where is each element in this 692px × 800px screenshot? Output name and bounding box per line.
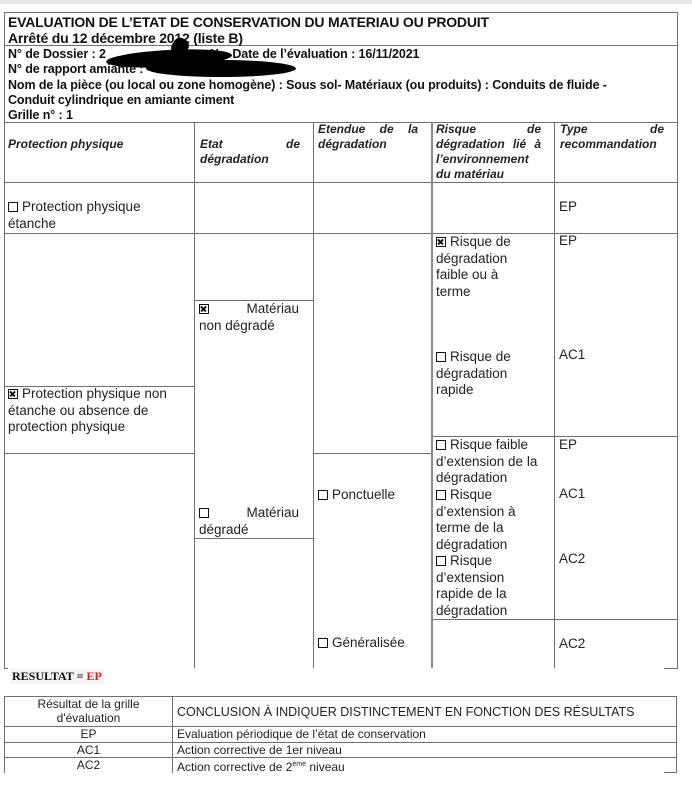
recommandation-value: AC2 <box>559 636 585 653</box>
option-extension-terme[interactable]: Risque d’extension à terme de la dégrada… <box>436 487 532 553</box>
document-subtitle: Arrêté du 12 décembre 2012 (liste B) <box>8 30 243 46</box>
checkbox-empty-icon[interactable] <box>199 508 209 518</box>
option-risque-faible-terme[interactable]: Risque de dégradation faible ou à terme <box>436 234 536 300</box>
grid-line <box>677 12 678 669</box>
recommandation-value: AC2 <box>559 551 585 568</box>
column-header-recommandation: Type de recommandation <box>560 122 664 152</box>
result-line: RESULTAT = EP <box>10 669 104 684</box>
option-protection-etanche[interactable]: Protection physique étanche <box>8 199 188 232</box>
option-materiau-degrade[interactable]: Matériau dégradéMatériau dégradé <box>199 505 299 538</box>
column-header-etendue: Etendue de la dégradation <box>318 122 418 152</box>
legend-code: AC1 <box>5 743 172 757</box>
legend-text: Action corrective de 2ème niveau <box>177 758 345 774</box>
option-risque-rapide[interactable]: Risque de dégradation rapide <box>436 349 536 399</box>
option-generalisee[interactable]: Généralisée <box>318 635 428 652</box>
grid-corner <box>664 668 678 669</box>
legend-text: Evaluation périodique de l’état de conse… <box>177 727 426 741</box>
checkbox-checked-icon[interactable] <box>8 389 18 399</box>
option-protection-non-etanche[interactable]: Protection physique non étanche ou absen… <box>8 386 192 436</box>
grid-line <box>194 122 195 668</box>
grid-line <box>313 453 431 454</box>
checkbox-empty-icon[interactable] <box>8 202 18 212</box>
redaction-mark <box>146 60 296 77</box>
column-header-protection: Protection physique <box>8 137 188 152</box>
option-extension-rapide[interactable]: Risque d’extension rapide de la dégradat… <box>436 553 532 619</box>
legend-header-conclusion: CONCLUSION À INDIQUER DISTINCTEMENT EN F… <box>177 705 677 719</box>
checkbox-checked-icon[interactable] <box>199 304 209 314</box>
legend-code: AC2 <box>5 758 172 772</box>
checkbox-empty-icon[interactable] <box>436 352 446 362</box>
document-title: EVALUATION DE L’ETAT DE CONSERVATION DU … <box>8 14 489 30</box>
piece-line-1: Nom de la pièce (ou local ou zone homogè… <box>8 78 607 94</box>
dossier-suffix: N – Date de l’évaluation : 16/11/2021 <box>210 47 420 61</box>
column-header-etat: Etat de dégradation <box>200 137 300 167</box>
checkbox-empty-icon[interactable] <box>318 490 328 500</box>
recommandation-value: AC1 <box>559 486 585 503</box>
legend-corner <box>664 772 677 773</box>
grid-line <box>4 453 194 454</box>
dossier-prefix: 2 <box>99 47 106 61</box>
result-label: RESULTAT = <box>12 669 86 683</box>
option-ponctuelle[interactable]: Ponctuelle <box>318 487 428 504</box>
recommandation-value: EP <box>559 437 577 454</box>
dossier-label: N° de Dossier : <box>8 47 99 61</box>
piece-line-2: Conduit cylindrique en amiante ciment <box>8 93 234 109</box>
recommandation-value: EP <box>559 199 577 216</box>
grid-line <box>554 122 555 668</box>
legend-code: EP <box>5 727 172 741</box>
recommandation-value: EP <box>559 233 577 250</box>
column-header-risque: Risque de dégradation lié à l’environnem… <box>436 122 541 182</box>
top-bar <box>0 0 692 4</box>
legend-header-result: Résultat de la grille d'évaluation <box>5 697 172 725</box>
option-extension-faible[interactable]: Risque faible d’extension de la dégradat… <box>436 437 542 487</box>
result-value: EP <box>86 669 101 683</box>
checkbox-empty-icon[interactable] <box>436 556 446 566</box>
checkbox-checked-icon[interactable] <box>436 237 446 247</box>
grid-line <box>431 122 433 668</box>
checkbox-empty-icon[interactable] <box>436 490 446 500</box>
legend-line <box>172 696 173 773</box>
grid-line <box>313 122 314 668</box>
recommandation-value: AC1 <box>559 347 585 364</box>
grid-line <box>194 538 313 539</box>
legend-text: Action corrective de 1er niveau <box>177 743 342 757</box>
option-materiau-non-degrade[interactable]: Matériau non dégradéMatériau non dégradé <box>199 301 299 334</box>
grid-line <box>4 182 678 183</box>
checkbox-empty-icon[interactable] <box>436 440 446 450</box>
grid-line <box>4 122 5 669</box>
checkbox-empty-icon[interactable] <box>318 638 328 648</box>
